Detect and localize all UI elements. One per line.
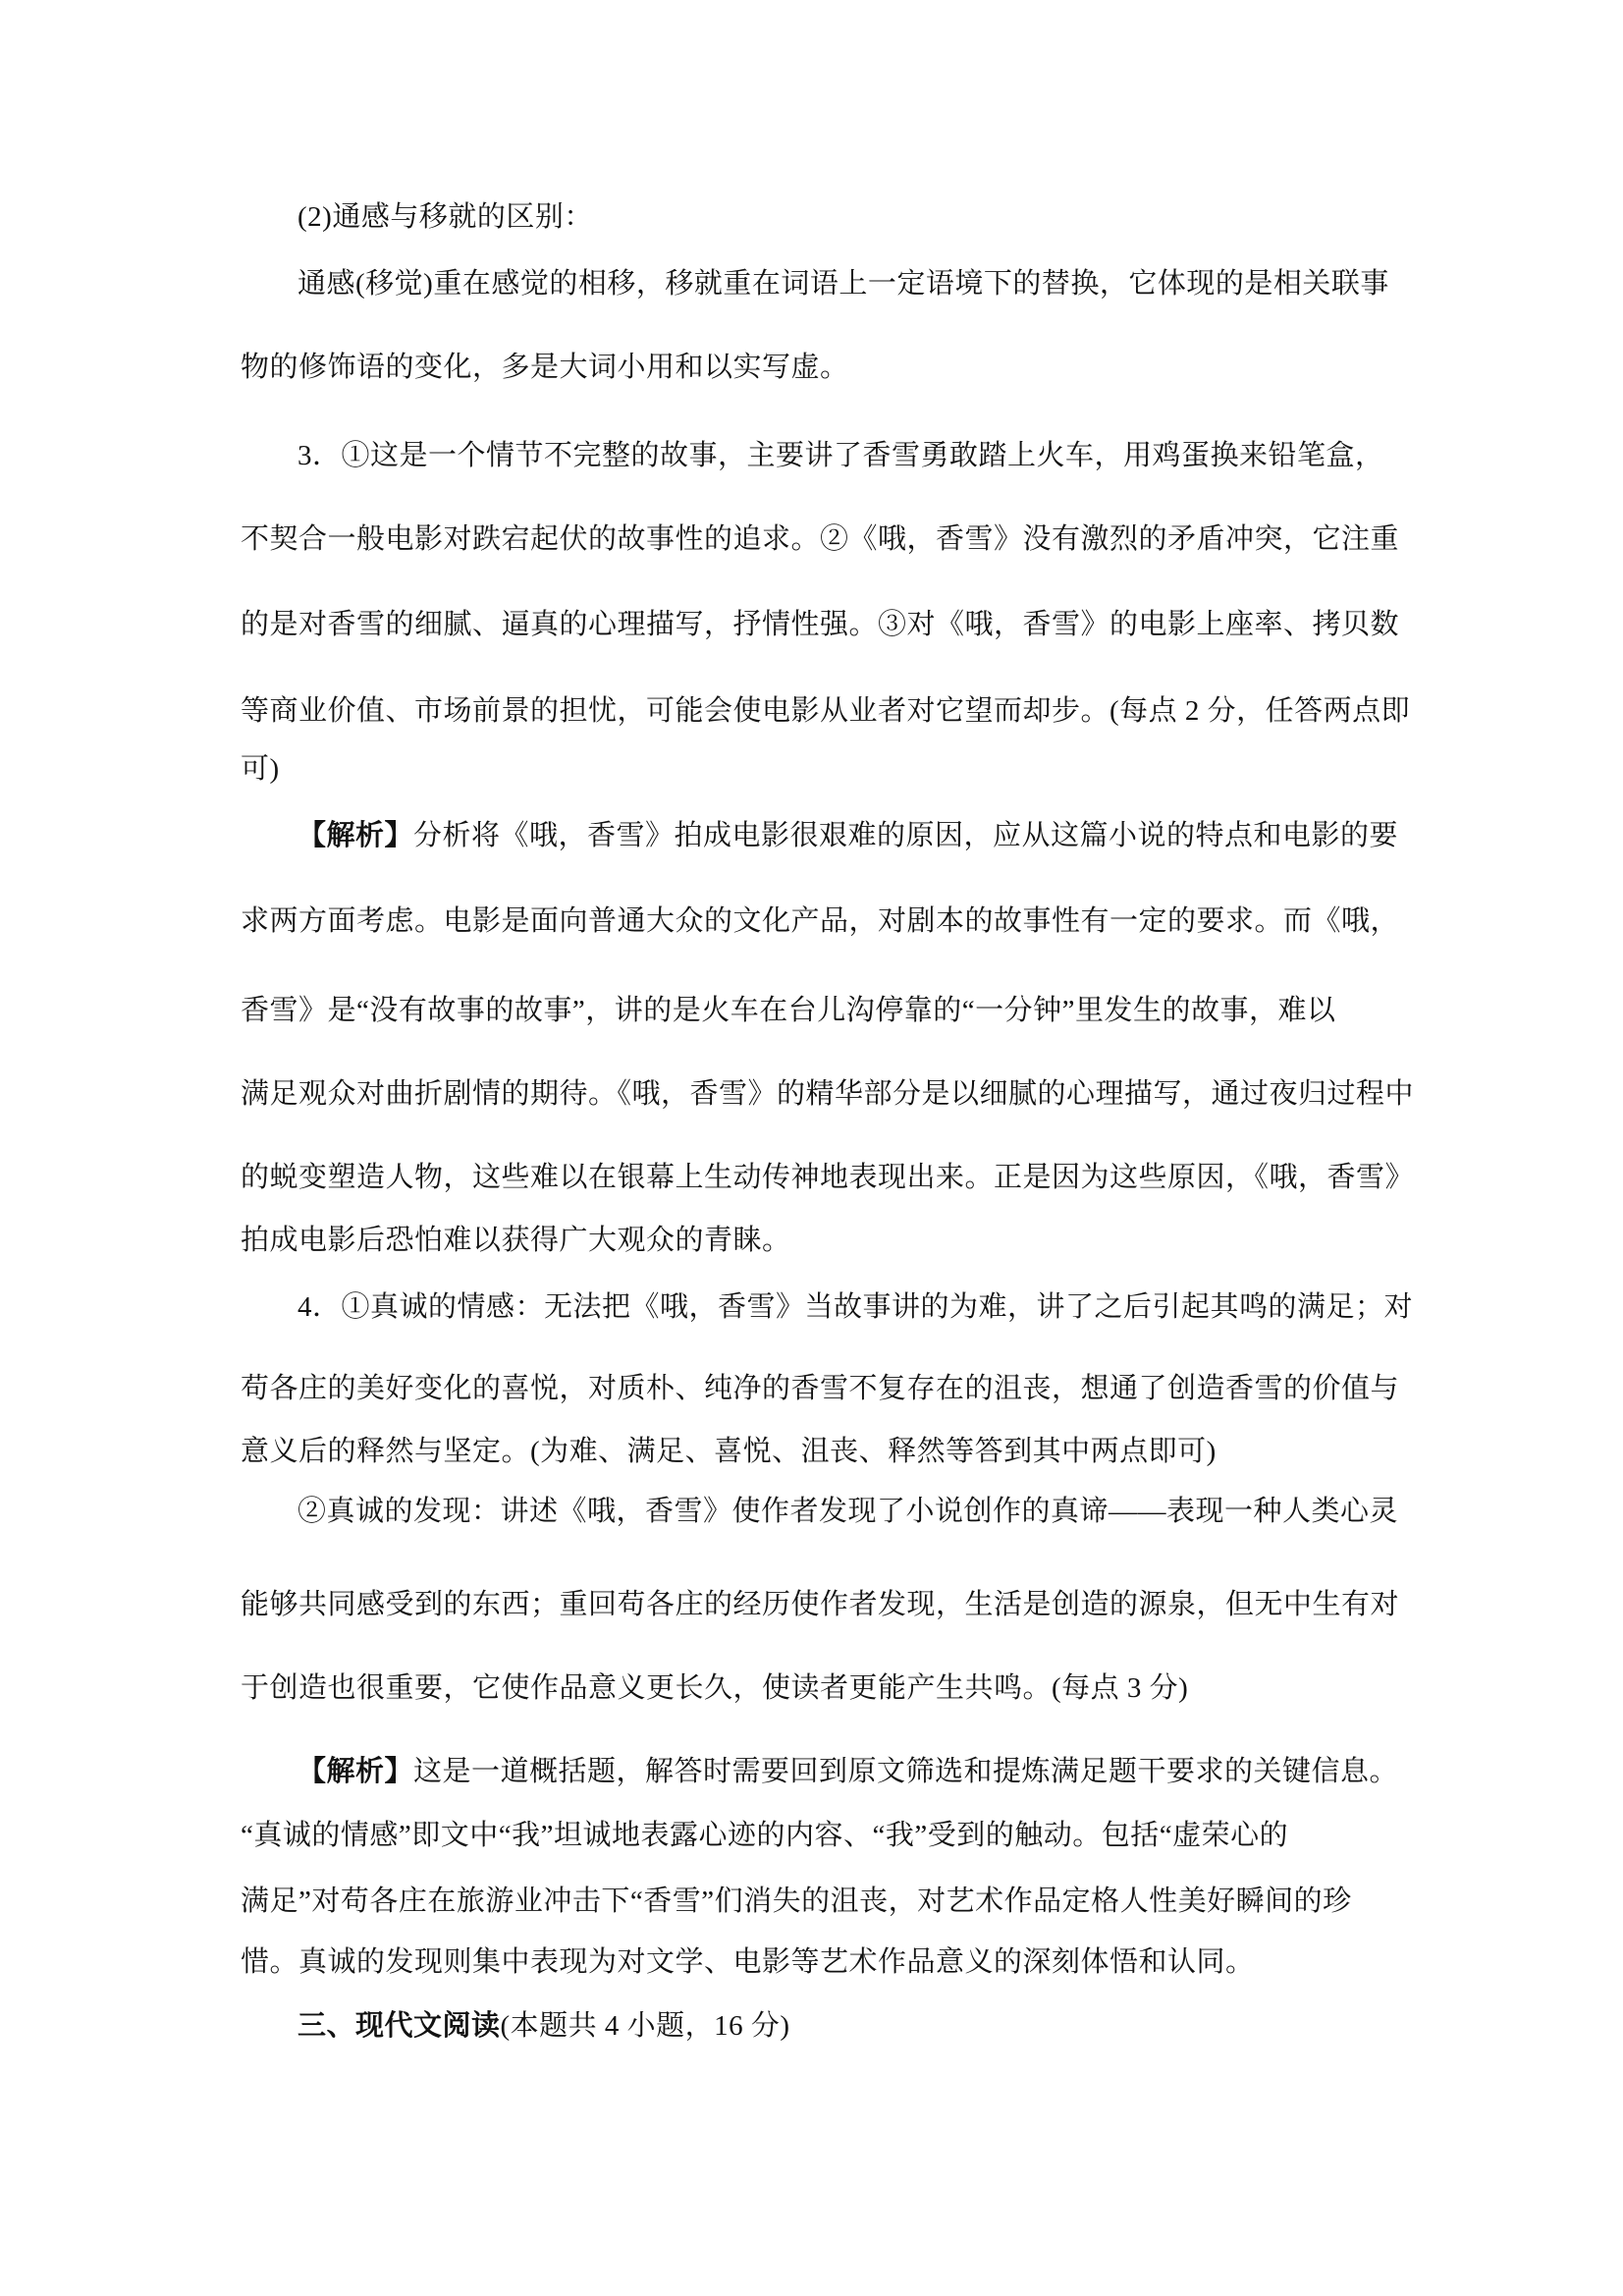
analysis-4-line: 惜。真诚的发现则集中表现为对文学、电影等艺术作品意义的深刻体悟和认同。 — [241, 1944, 1419, 1980]
analysis-3-line: 【解析】分析将《哦，香雪》拍成电影很艰难的原因，应从这篇小说的特点和电影的要 — [241, 818, 1476, 853]
analysis-3-line: 香雪》是“没有故事的故事”，讲的是火车在台儿沟停靠的“一分钟”里发生的故事，难以 — [241, 993, 1419, 1028]
answer-3-line: 3．①这是一个情节不完整的故事，主要讲了香雪勇敢踏上火车，用鸡蛋换来铅笔盒， — [241, 438, 1476, 473]
answer-4-line: 意义后的释然与坚定。(为难、满足、喜悦、沮丧、释然等答到其中两点即可) — [241, 1434, 1419, 1469]
answer-3-line: 等商业价值、市场前景的担忧，可能会使电影从业者对它望而却步。(每点 2 分，任答… — [241, 693, 1419, 729]
analysis-3-line: 满足观众对曲折剧情的期待。《哦，香雪》的精华部分是以细腻的心理描写，通过夜归过程… — [241, 1076, 1419, 1112]
analysis-4-line: 【解析】这是一道概括题，解答时需要回到原文筛选和提炼满足题干要求的关键信息。 — [241, 1754, 1476, 1789]
analysis-label: 【解析】 — [298, 1756, 413, 1787]
analysis-4-text: 这是一道概括题，解答时需要回到原文筛选和提炼满足题干要求的关键信息。 — [413, 1756, 1398, 1787]
analysis-label: 【解析】 — [298, 820, 413, 851]
analysis-4-line: “真诚的情感”即文中“我”坦诚地表露心迹的内容、“我”受到的触动。包括“虚荣心的 — [241, 1818, 1419, 1853]
section-3-title: 三、现代文阅读 — [298, 2010, 501, 2042]
analysis-3-text: 分析将《哦，香雪》拍成电影很艰难的原因，应从这篇小说的特点和电影的要 — [413, 820, 1398, 851]
section-3-heading: 三、现代文阅读(本题共 4 小题，16 分) — [241, 2008, 1476, 2044]
analysis-3-line: 的蜕变塑造人物，这些难以在银幕上生动传神地表现出来。正是因为这些原因，《哦，香雪… — [241, 1160, 1419, 1195]
item-2-heading: (2)通感与移就的区别： — [241, 199, 1476, 235]
section-3-subtitle: (本题共 4 小题，16 分) — [501, 2010, 790, 2042]
item-2-body-line: 物的修饰语的变化，多是大词小用和以实写虚。 — [241, 350, 1419, 385]
answer-3-line: 的是对香雪的细腻、逼真的心理描写，抒情性强。③对《哦，香雪》的电影上座率、拷贝数 — [241, 607, 1419, 642]
analysis-3-line: 拍成电影后恐怕难以获得广大观众的青睐。 — [241, 1223, 1419, 1258]
answer-4-line: 苟各庄的美好变化的喜悦，对质朴、纯净的香雪不复存在的沮丧，想通了创造香雪的价值与 — [241, 1371, 1419, 1406]
analysis-3-line: 求两方面考虑。电影是面向普通大众的文化产品，对剧本的故事性有一定的要求。而《哦， — [241, 903, 1419, 939]
item-2-body-line: 通感(移觉)重在感觉的相移，移就重在词语上一定语境下的替换，它体现的是相关联事 — [241, 266, 1476, 301]
answer-4-line: 4．①真诚的情感：无法把《哦，香雪》当故事讲的为难，讲了之后引起其鸣的满足；对 — [241, 1289, 1476, 1325]
answer-4-line: 于创造也很重要，它使作品意义更长久，使读者更能产生共鸣。(每点 3 分) — [241, 1670, 1419, 1706]
analysis-4-line: 满足”对苟各庄在旅游业冲击下“香雪”们消失的沮丧，对艺术作品定格人性美好瞬间的珍 — [241, 1884, 1419, 1919]
document-page: (2)通感与移就的区别： 通感(移觉)重在感觉的相移，移就重在词语上一定语境下的… — [0, 0, 1623, 2296]
answer-4-line: ②真诚的发现：讲述《哦，香雪》使作者发现了小说创作的真谛——表现一种人类心灵 — [241, 1494, 1476, 1529]
answer-3-line: 可) — [241, 751, 1419, 787]
answer-3-line: 不契合一般电影对跌宕起伏的故事性的追求。②《哦，香雪》没有激烈的矛盾冲突，它注重 — [241, 521, 1419, 557]
answer-4-line: 能够共同感受到的东西；重回苟各庄的经历使作者发现，生活是创造的源泉，但无中生有对 — [241, 1587, 1419, 1622]
